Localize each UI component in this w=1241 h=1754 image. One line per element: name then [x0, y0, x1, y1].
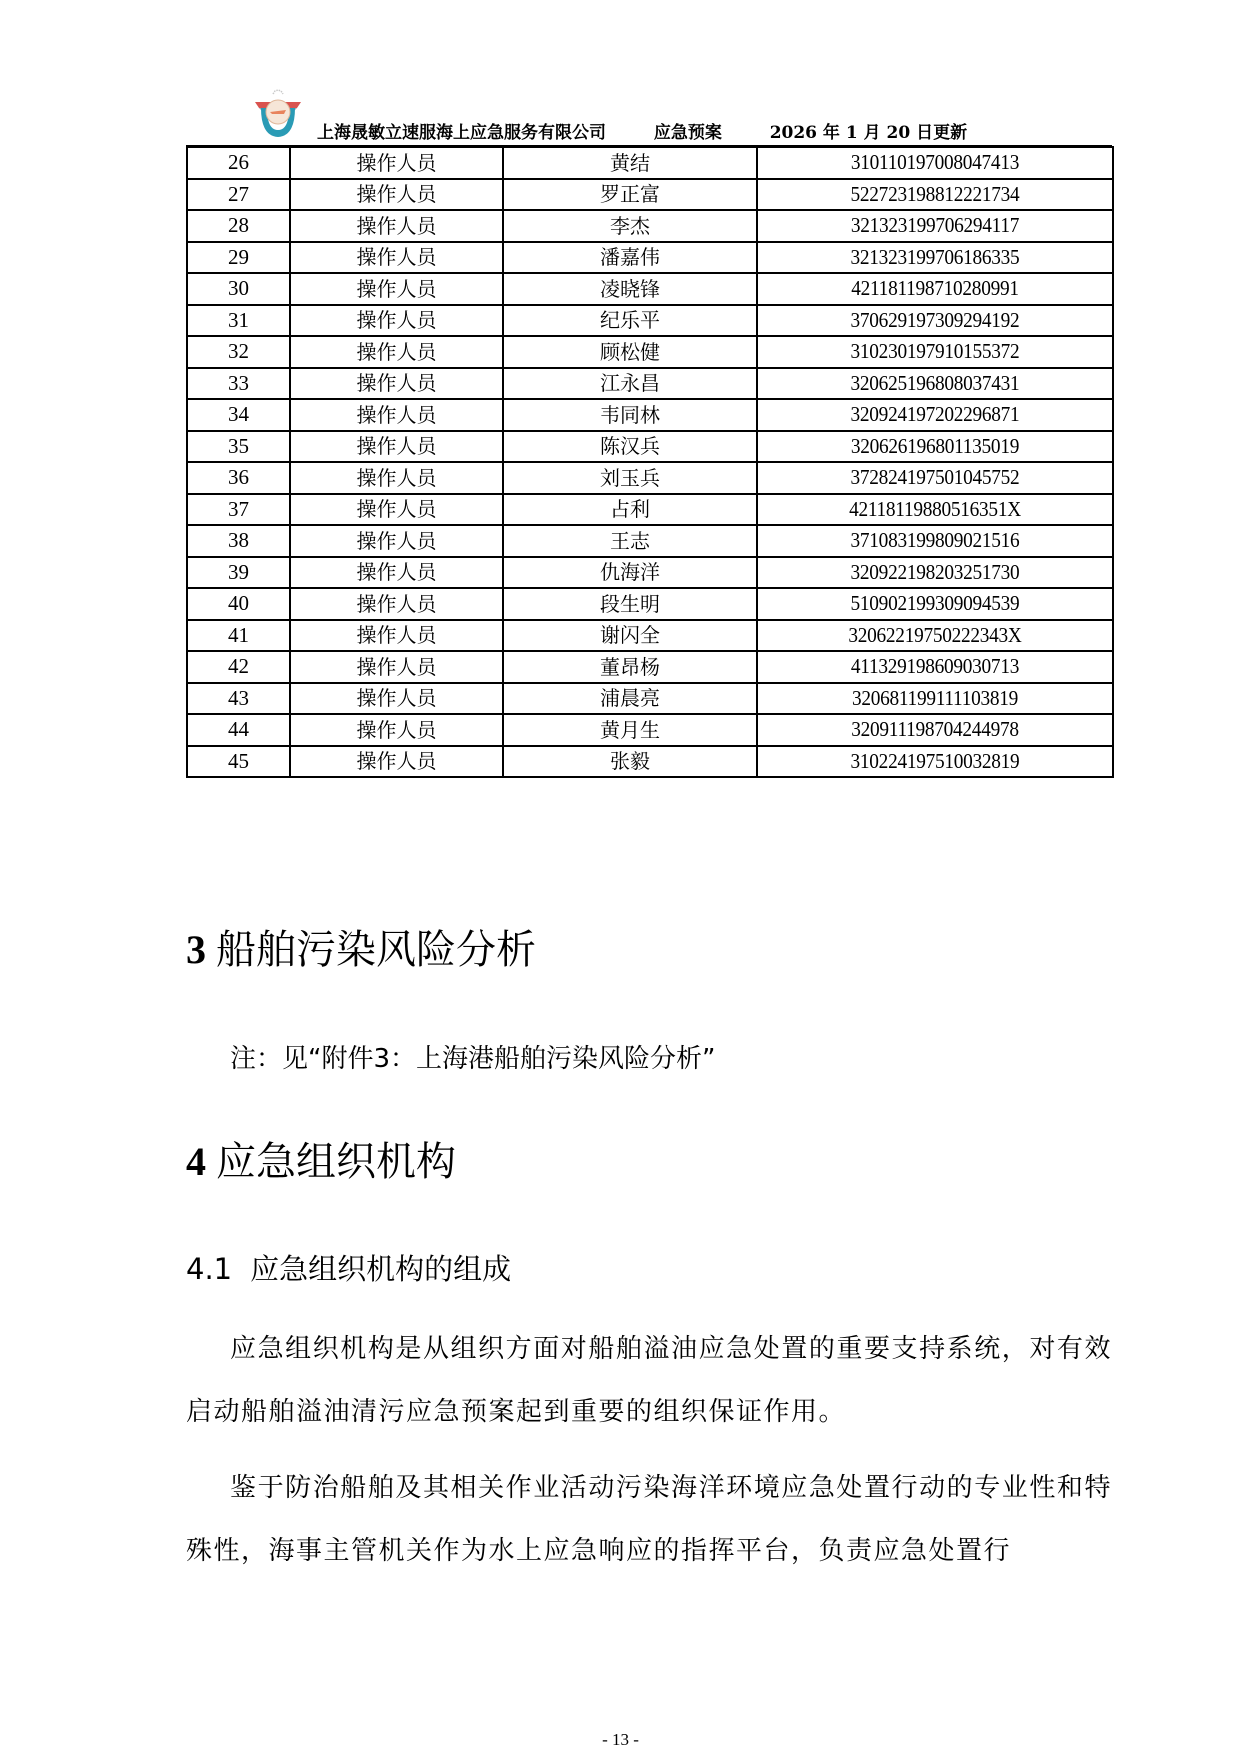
cell-number: 45 — [187, 746, 290, 778]
personnel-table: 26操作人员黄结31011019700804741327操作人员罗正富52272… — [186, 146, 1114, 778]
cell-role: 操作人员 — [290, 494, 503, 526]
section-3-heading: 3船舶污染风险分析 — [186, 918, 536, 975]
cell-id-number: 320922198203251730 — [771, 557, 1099, 589]
table-row: 29操作人员潘嘉伟321323199706186335 — [187, 242, 1113, 274]
cell-id-number: 371083199809021516 — [771, 525, 1099, 557]
table-row: 44操作人员黄月生320911198704244978 — [187, 714, 1113, 746]
cell-name: 刘玉兵 — [503, 462, 757, 494]
cell-id-number: 320626196801135019 — [771, 431, 1099, 463]
company-emblem-icon — [253, 88, 303, 140]
cell-number: 38 — [187, 525, 290, 557]
cell-name: 董昂杨 — [503, 651, 757, 683]
cell-number: 31 — [187, 305, 290, 337]
cell-number: 28 — [187, 210, 290, 242]
cell-role: 操作人员 — [290, 431, 503, 463]
cell-number: 44 — [187, 714, 290, 746]
section-4-heading: 4应急组织机构 — [186, 1130, 456, 1187]
cell-role: 操作人员 — [290, 399, 503, 431]
table-row: 45操作人员张毅310224197510032819 — [187, 746, 1113, 778]
cell-name: 顾松健 — [503, 336, 757, 368]
cell-role: 操作人员 — [290, 210, 503, 242]
table-row: 32操作人员顾松健310230197910155372 — [187, 336, 1113, 368]
cell-role: 操作人员 — [290, 305, 503, 337]
cell-number: 29 — [187, 242, 290, 274]
cell-name: 谢闪全 — [503, 620, 757, 652]
cell-name: 李杰 — [503, 210, 757, 242]
table-row: 41操作人员谢闪全32062219750222343X — [187, 620, 1113, 652]
cell-name: 浦晨亮 — [503, 683, 757, 715]
table-row: 38操作人员王志371083199809021516 — [187, 525, 1113, 557]
paragraph-2: 鉴于防治船舶及其相关作业活动污染海洋环境应急处置行动的专业性和特殊性，海事主管机… — [186, 1457, 1112, 1583]
cell-id-number: 321323199706186335 — [771, 242, 1099, 274]
page-number: - 13 - — [0, 1730, 1241, 1750]
cell-role: 操作人员 — [290, 462, 503, 494]
cell-name: 纪乐平 — [503, 305, 757, 337]
cell-id-number: 310110197008047413 — [771, 147, 1099, 179]
cell-role: 操作人员 — [290, 525, 503, 557]
cell-number: 34 — [187, 399, 290, 431]
table-row: 35操作人员陈汉兵320626196801135019 — [187, 431, 1113, 463]
cell-id-number: 310230197910155372 — [771, 336, 1099, 368]
cell-role: 操作人员 — [290, 179, 503, 211]
cell-id-number: 321323199706294117 — [771, 210, 1099, 242]
cell-id-number: 370629197309294192 — [771, 305, 1099, 337]
cell-role: 操作人员 — [290, 588, 503, 620]
cell-number: 27 — [187, 179, 290, 211]
cell-name: 江永昌 — [503, 368, 757, 400]
cell-role: 操作人员 — [290, 620, 503, 652]
table-row: 30操作人员凌晓锋421181198710280991 — [187, 273, 1113, 305]
header-company-name: 上海晟敏立速服海上应急服务有限公司 — [317, 118, 606, 143]
table-row: 27操作人员罗正富522723198812221734 — [187, 179, 1113, 211]
section-3-title: 船舶污染风险分析 — [216, 927, 536, 973]
section-3-note: 注：见“附件3：上海港船舶污染风险分析” — [230, 1038, 715, 1075]
cell-number: 43 — [187, 683, 290, 715]
table-row: 36操作人员刘玉兵372824197501045752 — [187, 462, 1113, 494]
cell-number: 30 — [187, 273, 290, 305]
section-4-number: 4 — [186, 1139, 206, 1184]
cell-role: 操作人员 — [290, 683, 503, 715]
cell-name: 黄月生 — [503, 714, 757, 746]
cell-id-number: 372824197501045752 — [771, 462, 1099, 494]
cell-number: 26 — [187, 147, 290, 179]
cell-name: 占利 — [503, 494, 757, 526]
section-3-number: 3 — [186, 927, 206, 972]
table-row: 28操作人员李杰321323199706294117 — [187, 210, 1113, 242]
page-header: 上海晟敏立速服海上应急服务有限公司 应急预案 2026 年 1 月 20 日更新 — [225, 88, 1115, 144]
cell-role: 操作人员 — [290, 273, 503, 305]
table-row: 34操作人员韦同林320924197202296871 — [187, 399, 1113, 431]
cell-name: 潘嘉伟 — [503, 242, 757, 274]
section-4-1-number: 4.1 — [186, 1252, 232, 1286]
section-4-title: 应急组织机构 — [216, 1139, 456, 1185]
cell-name: 凌晓锋 — [503, 273, 757, 305]
cell-number: 35 — [187, 431, 290, 463]
personnel-table-body: 26操作人员黄结31011019700804741327操作人员罗正富52272… — [187, 147, 1113, 777]
section-4-1-title: 应急组织机构的组成 — [250, 1252, 511, 1286]
cell-name: 韦同林 — [503, 399, 757, 431]
table-row: 33操作人员江永昌320625196808037431 — [187, 368, 1113, 400]
table-row: 43操作人员浦晨亮320681199111103819 — [187, 683, 1113, 715]
table-row: 39操作人员仇海洋320922198203251730 — [187, 557, 1113, 589]
cell-role: 操作人员 — [290, 746, 503, 778]
cell-role: 操作人员 — [290, 714, 503, 746]
cell-number: 37 — [187, 494, 290, 526]
cell-name: 段生明 — [503, 588, 757, 620]
cell-id-number: 310224197510032819 — [771, 746, 1099, 778]
cell-id-number: 42118119880516351X — [771, 494, 1099, 526]
cell-id-number: 320681199111103819 — [771, 683, 1099, 715]
cell-name: 陈汉兵 — [503, 431, 757, 463]
paragraph-1: 应急组织机构是从组织方面对船舶溢油应急处置的重要支持系统，对有效启动船舶溢油清污… — [186, 1318, 1112, 1444]
cell-role: 操作人员 — [290, 147, 503, 179]
cell-id-number: 320924197202296871 — [771, 399, 1099, 431]
header-doc-type: 应急预案 — [654, 118, 722, 143]
cell-name: 罗正富 — [503, 179, 757, 211]
cell-id-number: 32062219750222343X — [771, 620, 1099, 652]
cell-id-number: 320911198704244978 — [771, 714, 1099, 746]
cell-role: 操作人员 — [290, 242, 503, 274]
cell-number: 36 — [187, 462, 290, 494]
cell-role: 操作人员 — [290, 368, 503, 400]
cell-number: 33 — [187, 368, 290, 400]
header-updated-date: 2026 年 1 月 20 日更新 — [770, 118, 967, 143]
cell-name: 仇海洋 — [503, 557, 757, 589]
cell-number: 32 — [187, 336, 290, 368]
table-row: 26操作人员黄结310110197008047413 — [187, 147, 1113, 179]
cell-number: 42 — [187, 651, 290, 683]
cell-number: 40 — [187, 588, 290, 620]
cell-id-number: 522723198812221734 — [771, 179, 1099, 211]
table-row: 40操作人员段生明510902199309094539 — [187, 588, 1113, 620]
cell-number: 39 — [187, 557, 290, 589]
cell-name: 黄结 — [503, 147, 757, 179]
cell-id-number: 411329198609030713 — [771, 651, 1099, 683]
cell-name: 王志 — [503, 525, 757, 557]
cell-id-number: 421181198710280991 — [771, 273, 1099, 305]
cell-role: 操作人员 — [290, 336, 503, 368]
cell-id-number: 320625196808037431 — [771, 368, 1099, 400]
table-row: 37操作人员占利42118119880516351X — [187, 494, 1113, 526]
table-row: 31操作人员纪乐平370629197309294192 — [187, 305, 1113, 337]
cell-id-number: 510902199309094539 — [771, 588, 1099, 620]
section-4-1-heading: 4.1应急组织机构的组成 — [186, 1247, 511, 1288]
cell-number: 41 — [187, 620, 290, 652]
cell-role: 操作人员 — [290, 557, 503, 589]
table-row: 42操作人员董昂杨411329198609030713 — [187, 651, 1113, 683]
header-text: 上海晟敏立速服海上应急服务有限公司 应急预案 2026 年 1 月 20 日更新 — [317, 118, 967, 143]
cell-name: 张毅 — [503, 746, 757, 778]
cell-role: 操作人员 — [290, 651, 503, 683]
